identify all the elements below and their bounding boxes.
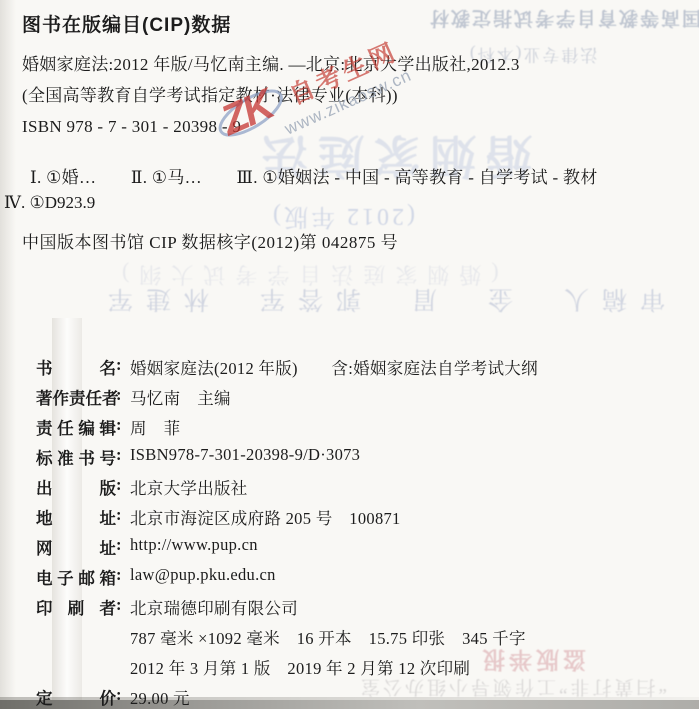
colophon-value: ISBN978-7-301-20398-9/D·3073 [130,445,693,465]
colophon-colon: : [116,505,130,525]
colophon-colon: : [116,355,130,375]
colophon-row-website: 网址:http://www.pup.cn [36,535,693,565]
cip-classification-line-2: Ⅳ. ①D923.9 [4,193,95,213]
colophon-row-address: 地址:北京市海淀区成府路 205 号 100871 [36,505,693,535]
cip-registry-line: 中国版本图书馆 CIP 数据核字(2012)第 042875 号 [22,228,398,253]
colophon-label: 定价 [36,685,116,709]
colophon-label: 责任编辑 [36,415,116,439]
colophon-row-editor: 责任编辑:周 菲 [36,415,693,445]
bleedthrough-reviewers: 审稿人 金 眉 郭答军 林建军 [95,283,665,319]
colophon-colon: : [116,415,130,435]
colophon-row-price: 定价:29.00 元 [36,685,693,709]
cip-classification-line-1: Ⅰ. ①婚… Ⅱ. ①马… Ⅲ. ①婚姻法 - 中国 - 高等教育 - 自学考试… [30,163,598,188]
colophon-row-printer: 印刷者:北京瑞德印刷有限公司 [36,595,693,625]
colophon-table: 书名:婚姻家庭法(2012 年版) 含:婚姻家庭法自学考试大纲 著作责任者:马忆… [36,355,693,709]
colophon-colon: : [116,385,130,405]
colophon-colon: : [116,445,130,465]
colophon-colon: : [116,535,130,555]
colophon-value: 周 菲 [130,415,693,439]
colophon-colon: : [116,565,130,585]
colophon-row-publisher: 出版:北京大学出版社 [36,475,693,505]
cip-header: 图书在版编目(CIP)数据 [22,10,231,37]
colophon-label: 地址 [36,505,116,529]
colophon-label: 标准书号 [36,445,116,469]
colophon-value: 787 毫米 ×1092 毫米 16 开本 15.75 印张 345 千字 [130,625,693,649]
colophon-colon: : [116,475,130,495]
bleedthrough-series-top: 全国高等教育自学考试指定教材 [428,6,699,33]
colophon-colon: : [116,595,130,615]
colophon-label: 书名 [36,355,116,379]
colophon-row-author: 著作责任者:马忆南 主编 [36,385,693,415]
book-cip-page: 全国高等教育自学考试指定教材 法律专业(本科) 婚姻家庭法 (2012 年版) … [0,0,699,709]
colophon-label: 印刷者 [36,595,116,619]
colophon-label: 著作责任者 [36,385,116,409]
colophon-label: 电子邮箱 [36,565,116,589]
cip-record-line-isbn: ISBN 978 - 7 - 301 - 20398 - 9 [22,111,691,142]
colophon-value: 北京市海淀区成府路 205 号 100871 [130,505,693,529]
colophon-value: http://www.pup.cn [130,535,693,555]
colophon-value: 北京大学出版社 [130,475,693,499]
page-left-edge [0,0,16,709]
colophon-row-book-name: 书名:婚姻家庭法(2012 年版) 含:婚姻家庭法自学考试大纲 [36,355,693,385]
colophon-value: 北京瑞德印刷有限公司 [130,595,693,619]
colophon-value: 2012 年 3 月第 1 版 2019 年 2 月第 12 次印刷 [130,655,693,679]
colophon-value: law@pup.pku.edu.cn [130,565,693,585]
colophon-value: 马忆南 主编 [130,385,693,409]
colophon-value: 婚姻家庭法(2012 年版) 含:婚姻家庭法自学考试大纲 [130,355,693,379]
colophon-row-isbn: 标准书号:ISBN978-7-301-20398-9/D·3073 [36,445,693,475]
colophon-label: 出版 [36,475,116,499]
colophon-row-email: 电子邮箱:law@pup.pku.edu.cn [36,565,693,595]
colophon-row-edition: 2012 年 3 月第 1 版 2019 年 2 月第 12 次印刷 [36,655,693,685]
colophon-row-format: 787 毫米 ×1092 毫米 16 开本 15.75 印张 345 千字 [36,625,693,655]
colophon-colon: : [116,685,130,705]
colophon-value: 29.00 元 [130,685,693,709]
colophon-label: 网址 [36,535,116,559]
